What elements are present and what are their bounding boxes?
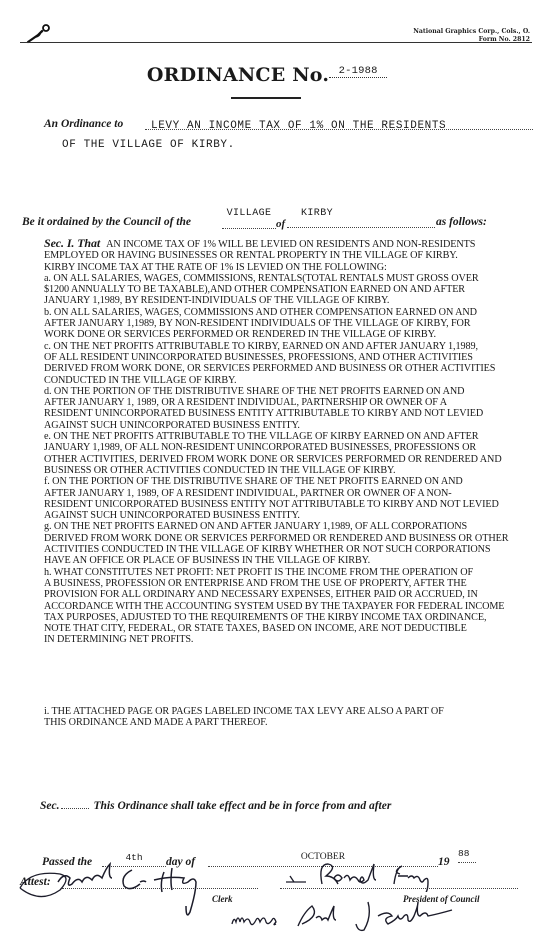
- section-1-line-text: WORK DONE OR SERVICES PERFORMED OR RENDE…: [44, 329, 436, 340]
- section-1-line-text: RESIDENT UNICORPORATED BUSINESS ENTITY N…: [44, 499, 499, 510]
- section-1-line-text: b. ON ALL SALARIES, WAGES, COMMISSIONS A…: [44, 307, 477, 318]
- section-1-line-text: AFTER JANUARY 1,1989, BY NON-RESIDENT IN…: [44, 318, 471, 329]
- section-1-line-text: TAX PURPOSES, ADJUSTED TO THE REQUIREMEN…: [44, 612, 486, 623]
- section-1-line: OTHER ACTIVITIES, DERIVED FROM WORK DONE…: [44, 454, 530, 465]
- section-1-line: b. ON ALL SALARIES, WAGES, COMMISSIONS A…: [44, 307, 530, 318]
- section-1-line: AFTER JANUARY 1, 1989, OR A RESIDENT IND…: [44, 397, 530, 408]
- section-1-body: Sec. I. ThatAN INCOME TAX OF 1% WILL BE …: [44, 238, 530, 646]
- publisher-name: National Graphics Corp., Cols., O.: [413, 28, 530, 36]
- section-1-line: c. ON THE NET PROFITS ATTRIBUTABLE TO KI…: [44, 341, 530, 352]
- section-1-line-text: h. WHAT CONSTITUTES NET PROFIT: NET PROF…: [44, 567, 473, 578]
- section-1-line: OF ALL RESIDENT UNINCORPORATED BUSINESSE…: [44, 352, 530, 363]
- section-1-line-text: AFTER JANUARY 1, 1989, OF A RESIDENT IND…: [44, 488, 452, 499]
- section-1-line: WORK DONE OR SERVICES PERFORMED OR RENDE…: [44, 329, 530, 340]
- section-1-line: JANUARY 1,1989, OF ALL NON-RESIDENT UNIN…: [44, 442, 530, 453]
- section-1-line-text: d. ON THE PORTION OF THE DISTRIBUTIVE SH…: [44, 386, 464, 397]
- section-1-line: RESIDENT UNINCORPORATED BUSINESS ENTITY …: [44, 408, 530, 419]
- section-1-line-text: A BUSINESS, PROFESSION OR ENTERPRISE AND…: [44, 578, 467, 589]
- section-1-line: AGAINST SUCH UNINCORPORATED BUSINESS ENT…: [44, 420, 530, 431]
- section-1-line: $1200 ANNUALLY TO BE TAXABLE),AND OTHER …: [44, 284, 530, 295]
- section-1-line-text: f. ON THE PORTION OF THE DISTRIBUTIVE SH…: [44, 476, 463, 487]
- section-1-line: Sec. I. ThatAN INCOME TAX OF 1% WILL BE …: [44, 238, 530, 250]
- ordinance-title-label: ORDINANCE No.: [147, 64, 329, 86]
- intro-purpose-line1: LEVY AN INCOME TAX OF 1% ON THE RESIDENT…: [145, 120, 446, 132]
- section-1-line: AFTER JANUARY 1, 1989, OF A RESIDENT IND…: [44, 488, 530, 499]
- section-1-line: BUSINESS OR OTHER ACTIVITIES CONDUCTED I…: [44, 465, 530, 476]
- section-1-label: Sec. I. That: [44, 236, 100, 250]
- section-1-line-text: c. ON THE NET PROFITS ATTRIBUTABLE TO KI…: [44, 341, 478, 352]
- section-1-line-text: OTHER ACTIVITIES, DERIVED FROM WORK DONE…: [44, 454, 502, 465]
- section-1-line-text: $1200 ANNUALLY TO BE TAXABLE),AND OTHER …: [44, 284, 465, 295]
- section-1-line-text: AFTER JANUARY 1, 1989, OR A RESIDENT IND…: [44, 397, 447, 408]
- section-1-line-text: JANUARY 1,1989, BY RESIDENT-INDIVIDUALS …: [44, 295, 389, 306]
- section-1-line-text: DERIVED FROM WORK DONE, OR SERVICES PERF…: [44, 363, 495, 374]
- effective-clause: Sec.This Ordinance shall take effect and…: [40, 800, 391, 812]
- section-1-line-text: OF ALL RESIDENT UNINCORPORATED BUSINESSE…: [44, 352, 473, 363]
- clause-i-line: THIS ORDINANCE AND MADE A PART THEREOF.: [44, 717, 530, 728]
- section-1-line: d. ON THE PORTION OF THE DISTRIBUTIVE SH…: [44, 386, 530, 397]
- section-1-line: ACTIVITIES CONDUCTED IN THE VILLAGE OF K…: [44, 544, 530, 555]
- section-1-line-text: BUSINESS OR OTHER ACTIVITIES CONDUCTED I…: [44, 465, 395, 476]
- section-1-line-text: AN INCOME TAX OF 1% WILL BE LEVIED ON RE…: [106, 239, 475, 250]
- section-1-line-text: EMPLOYED OR HAVING BUSINESSES OR RENTAL …: [44, 250, 458, 261]
- title-underline: [231, 97, 301, 99]
- entity-name-field: KIRBY: [287, 208, 435, 228]
- section-1-line: g. ON THE NET PROFITS EARNED ON AND AFTE…: [44, 521, 530, 532]
- section-1-line: A BUSINESS, PROFESSION OR ENTERPRISE AND…: [44, 578, 530, 589]
- form-number: Form No. 2812: [413, 36, 530, 44]
- section-1-line-text: AGAINST SUCH UNINCORPORATED BUSINESS ENT…: [44, 510, 300, 521]
- section-1-line-text: DERIVED FROM WORK DONE OR SERVICES PERFO…: [44, 533, 508, 544]
- section-1-line: AGAINST SUCH UNINCORPORATED BUSINESS ENT…: [44, 510, 530, 521]
- section-1-line-text: AGAINST SUCH UNINCORPORATED BUSINESS ENT…: [44, 420, 300, 431]
- section-1-line: DERIVED FROM WORK DONE, OR SERVICES PERF…: [44, 363, 530, 374]
- publisher-info: National Graphics Corp., Cols., O. Form …: [413, 28, 530, 44]
- section-1-line: RESIDENT UNICORPORATED BUSINESS ENTITY N…: [44, 499, 530, 510]
- clause-i-line: i. THE ATTACHED PAGE OR PAGES LABELED IN…: [44, 706, 530, 717]
- ordain-follows-label: as follows:: [436, 216, 487, 228]
- ordinance-number: 2-1988: [329, 66, 387, 78]
- section-1-line-text: IN DETERMINING NET PROFITS.: [44, 634, 193, 645]
- section-1-line-text: HAVE AN OFFICE OR PLACE OF BUSINESS IN T…: [44, 555, 370, 566]
- section-1-line-text: CONDUCTED IN THE VILLAGE OF KIRBY.: [44, 375, 236, 386]
- ordinance-title: ORDINANCE No.2-1988: [0, 64, 534, 86]
- section-1-line: HAVE AN OFFICE OR PLACE OF BUSINESS IN T…: [44, 555, 530, 566]
- section-1-line-text: KIRBY INCOME TAX AT THE RATE OF 1% IS LE…: [44, 262, 387, 273]
- section-1-line: CONDUCTED IN THE VILLAGE OF KIRBY.: [44, 375, 530, 386]
- section-1-line: a. ON ALL SALARIES, WAGES, COMMISSIONS, …: [44, 273, 530, 284]
- section-1-line-text: NOTE THAT CITY, FEDERAL, OR STATE TAXES,…: [44, 623, 467, 634]
- ordain-of-label: of: [276, 218, 285, 230]
- section-1-lines: Sec. I. ThatAN INCOME TAX OF 1% WILL BE …: [44, 238, 530, 646]
- ordain-label: Be it ordained by the Council of the: [22, 216, 191, 228]
- mayor-signature: Mayor Darl J. Snyder: [228, 896, 478, 936]
- section-1-line: AFTER JANUARY 1,1989, BY NON-RESIDENT IN…: [44, 318, 530, 329]
- section-1-line-text: ACCORDANCE WITH THE ACCOUNTING SYSTEM US…: [44, 601, 504, 612]
- intro-purpose-line2: OF THE VILLAGE OF KIRBY.: [62, 139, 235, 151]
- section-1-line: JANUARY 1,1989, BY RESIDENT-INDIVIDUALS …: [44, 295, 530, 306]
- section-1-line-text: e. ON THE NET PROFITS ATTRIBUTABLE TO TH…: [44, 431, 478, 442]
- section-1-line: PROVISION FOR ALL ORDINARY AND NECESSARY…: [44, 589, 530, 600]
- section-1-line: ACCORDANCE WITH THE ACCOUNTING SYSTEM US…: [44, 601, 530, 612]
- effective-text: This Ordinance shall take effect and be …: [93, 800, 391, 812]
- section-1-line: f. ON THE PORTION OF THE DISTRIBUTIVE SH…: [44, 476, 530, 487]
- section-1-line: e. ON THE NET PROFITS ATTRIBUTABLE TO TH…: [44, 431, 530, 442]
- intro-label: An Ordinance to: [44, 118, 123, 130]
- section-1-line: h. WHAT CONSTITUTES NET PROFIT: NET PROF…: [44, 567, 530, 578]
- pen-nib-icon: [26, 22, 56, 44]
- section-1-line: IN DETERMINING NET PROFITS.: [44, 634, 530, 645]
- section-1-line-text: a. ON ALL SALARIES, WAGES, COMMISSIONS, …: [44, 273, 479, 284]
- president-signature: Ronald Frey: [282, 858, 442, 892]
- section-1-line-text: ACTIVITIES CONDUCTED IN THE VILLAGE OF K…: [44, 544, 491, 555]
- section-1-line-text: JANUARY 1,1989, OF ALL NON-RESIDENT UNIN…: [44, 442, 476, 453]
- section-number-blank: [61, 808, 89, 809]
- section-1-line: NOTE THAT CITY, FEDERAL, OR STATE TAXES,…: [44, 623, 530, 634]
- section-1-line: KIRBY INCOME TAX AT THE RATE OF 1% IS LE…: [44, 262, 530, 273]
- section-1-line-text: g. ON THE NET PROFITS EARNED ON AND AFTE…: [44, 521, 467, 532]
- clause-i: i. THE ATTACHED PAGE OR PAGES LABELED IN…: [44, 706, 530, 729]
- passed-year-field: 88: [458, 848, 476, 863]
- section-1-line: EMPLOYED OR HAVING BUSINESSES OR RENTAL …: [44, 250, 530, 261]
- section-1-line: DERIVED FROM WORK DONE OR SERVICES PERFO…: [44, 533, 530, 544]
- effective-sec-label: Sec.: [40, 800, 59, 812]
- clerk-signature: Richard E. Hoy: [14, 858, 244, 918]
- intro-purpose-field: LEVY AN INCOME TAX OF 1% ON THE RESIDENT…: [145, 115, 533, 130]
- section-1-line-text: PROVISION FOR ALL ORDINARY AND NECESSARY…: [44, 589, 478, 600]
- section-1-line-text: RESIDENT UNINCORPORATED BUSINESS ENTITY …: [44, 408, 483, 419]
- section-1-line: TAX PURPOSES, ADJUSTED TO THE REQUIREMEN…: [44, 612, 530, 623]
- entity-type-field: VILLAGE: [222, 208, 276, 229]
